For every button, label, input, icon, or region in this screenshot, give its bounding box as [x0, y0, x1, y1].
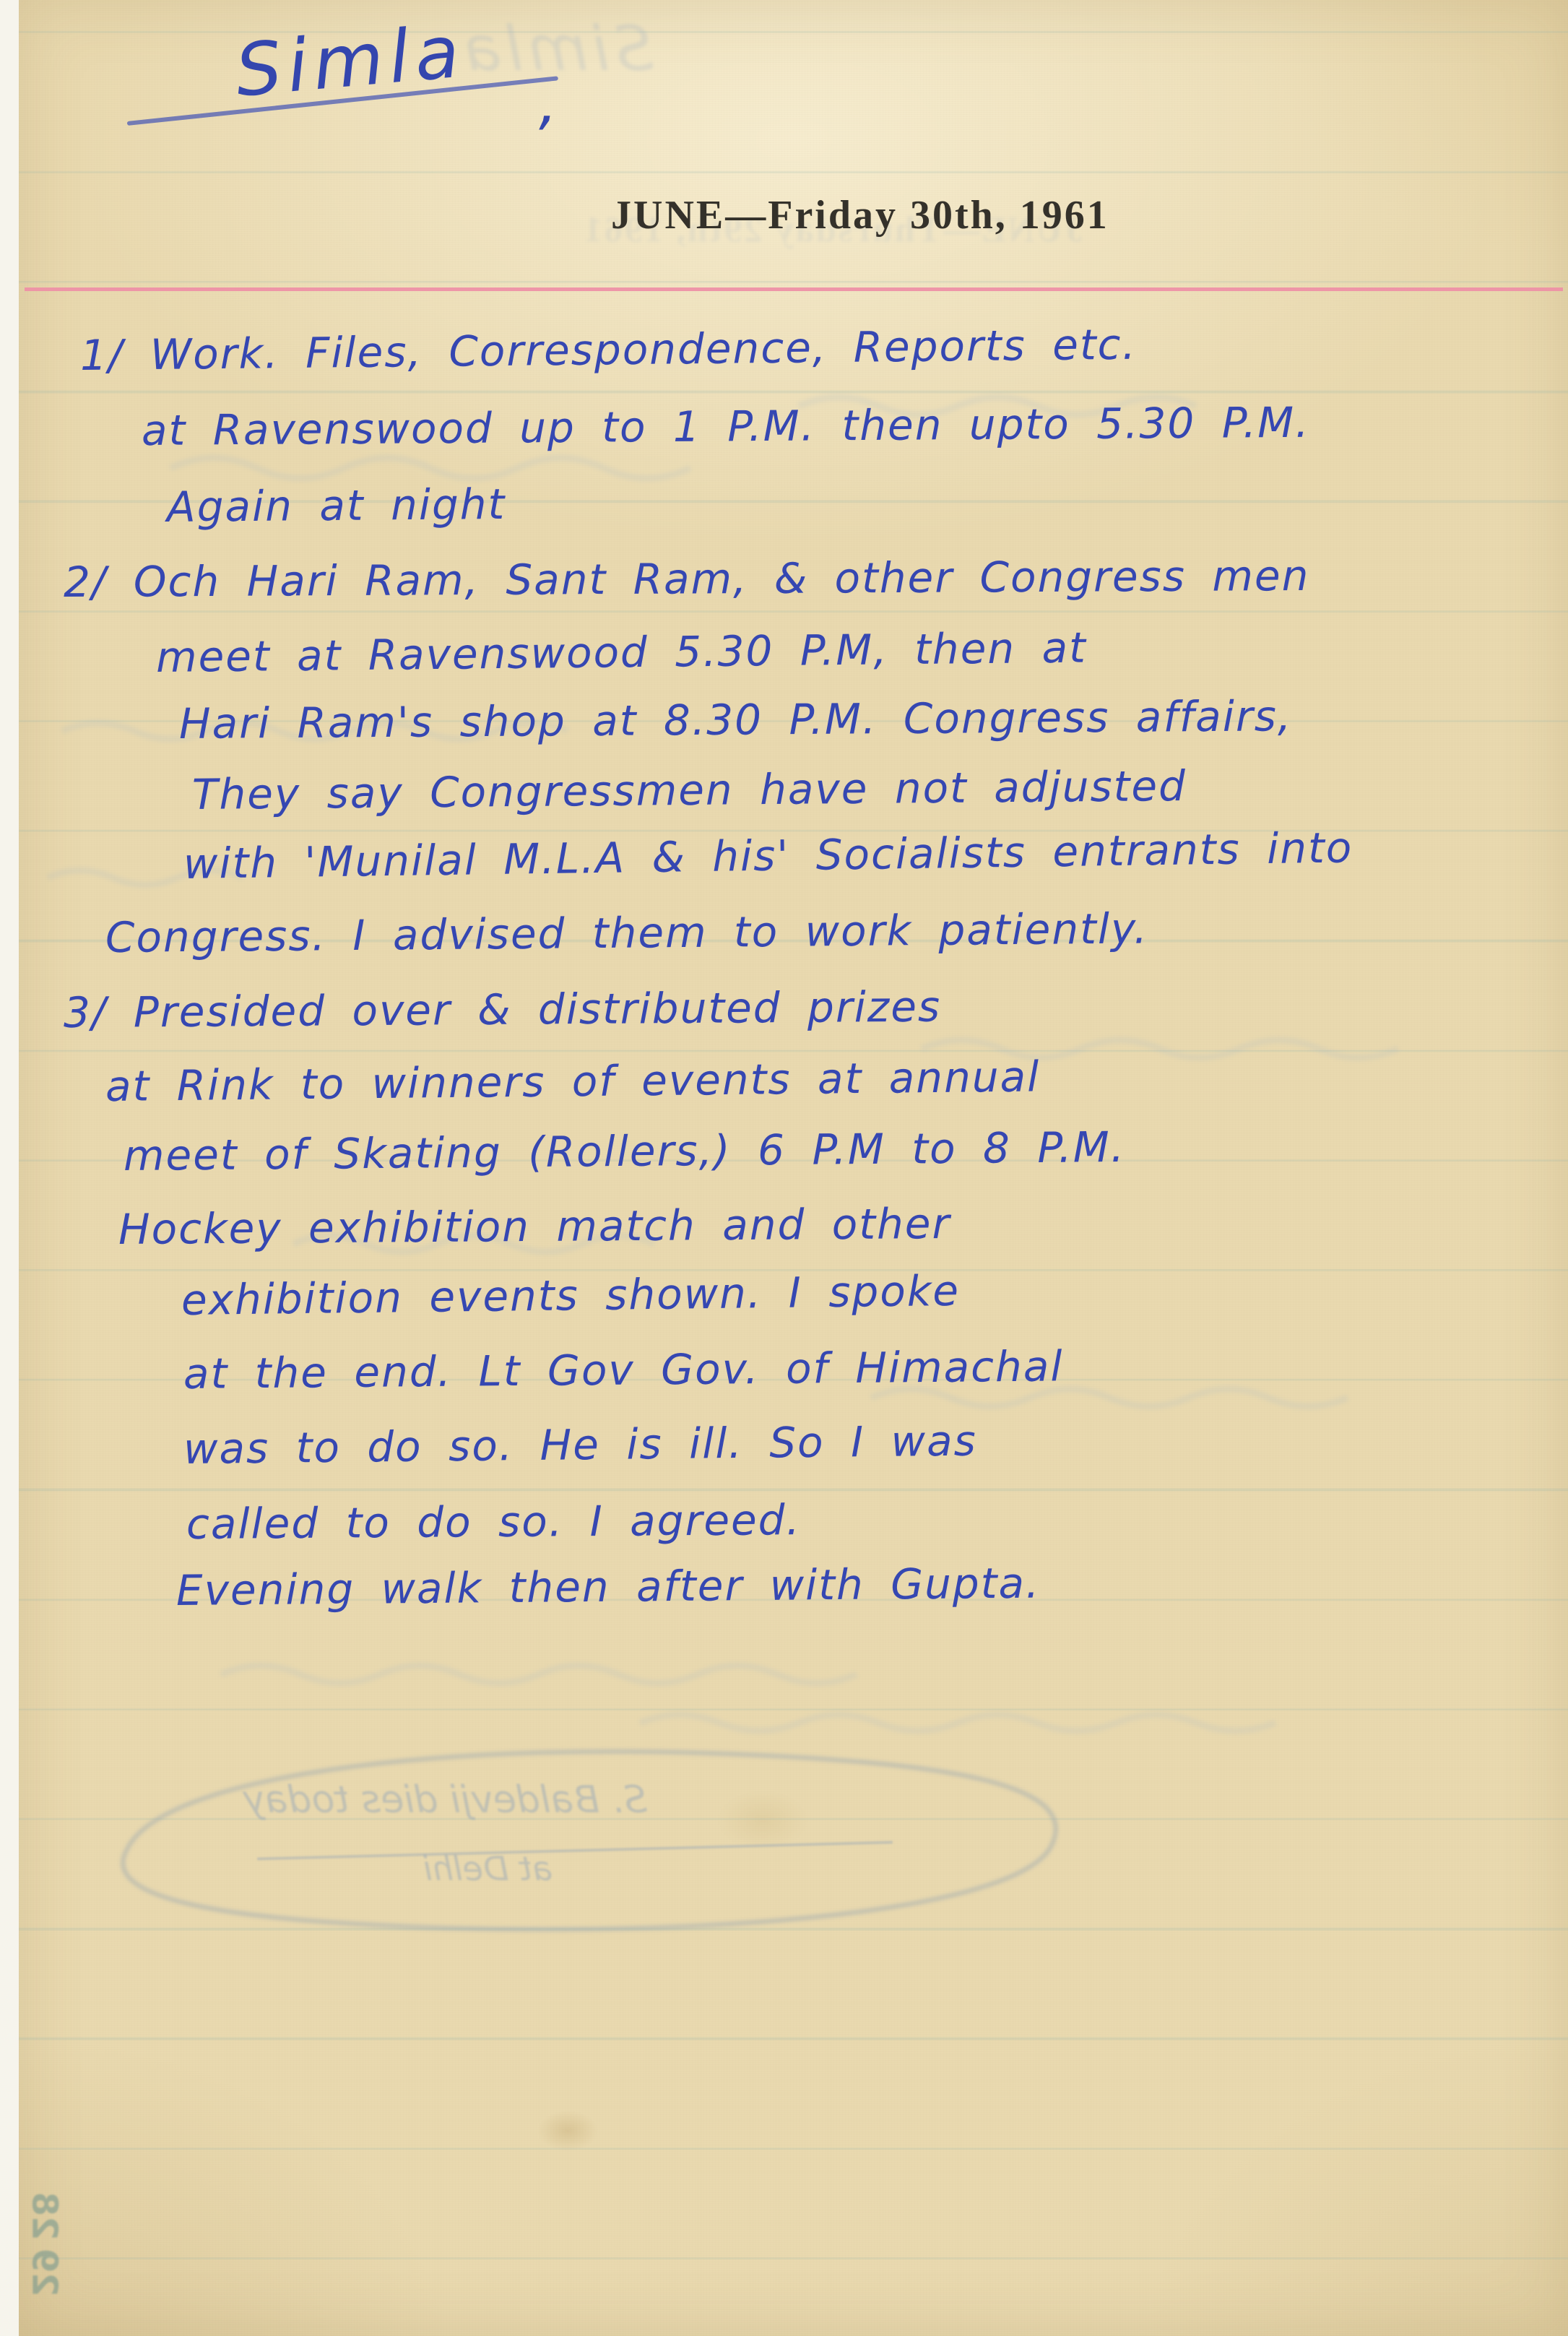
entry-line: was to do so. He is ill. So I was — [183, 1416, 977, 1474]
page-number: 29 — [24, 2249, 64, 2297]
scanned-diary-image: { "document": { "location_annotation": "… — [0, 0, 1568, 2336]
entry-line: 3/ Presided over & distributed prizes — [64, 982, 942, 1037]
entry-line: meet at Ravenswood 5.30 P.M, then at — [156, 623, 1087, 682]
entry-line: meet of Skating (Rollers,) 6 P.M to 8 P.… — [124, 1122, 1126, 1180]
entry-line: exhibition events shown. I spoke — [181, 1266, 961, 1325]
page-number: 28 — [24, 2192, 64, 2241]
diary-page: Simla JUNE—Thursday 29th, 1961 Simla , J… — [19, 0, 1568, 2336]
page-title: JUNE—Friday 30th, 1961 — [611, 192, 1109, 238]
entry-line: at Rink to winners of events at annual — [105, 1052, 1041, 1111]
entry-line: called to do so. I agreed. — [186, 1495, 801, 1549]
header-rule — [25, 287, 1563, 291]
entry-line: Again at night — [167, 480, 506, 532]
entry-line: Hockey exhibition match and other — [118, 1199, 951, 1254]
entry-line: 2/ Och Hari Ram, Sant Ram, & other Congr… — [64, 551, 1310, 607]
entry-line: Hari Ram's shop at 8.30 P.M. Congress af… — [179, 691, 1293, 748]
entry-line: at Ravenswood up to 1 P.M. then upto 5.3… — [142, 398, 1310, 455]
bleed-through-oval-text: S. Baldevji dies today — [243, 1778, 647, 1822]
entry-line: They say Congressmen have not adjusted — [192, 761, 1187, 819]
entry-line: Congress. I advised them to work patient… — [105, 904, 1149, 962]
entry-line: at the end. Lt Gov Gov. of Himachal — [183, 1341, 1064, 1398]
entry-line: Evening walk then after with Gupta. — [176, 1559, 1041, 1615]
